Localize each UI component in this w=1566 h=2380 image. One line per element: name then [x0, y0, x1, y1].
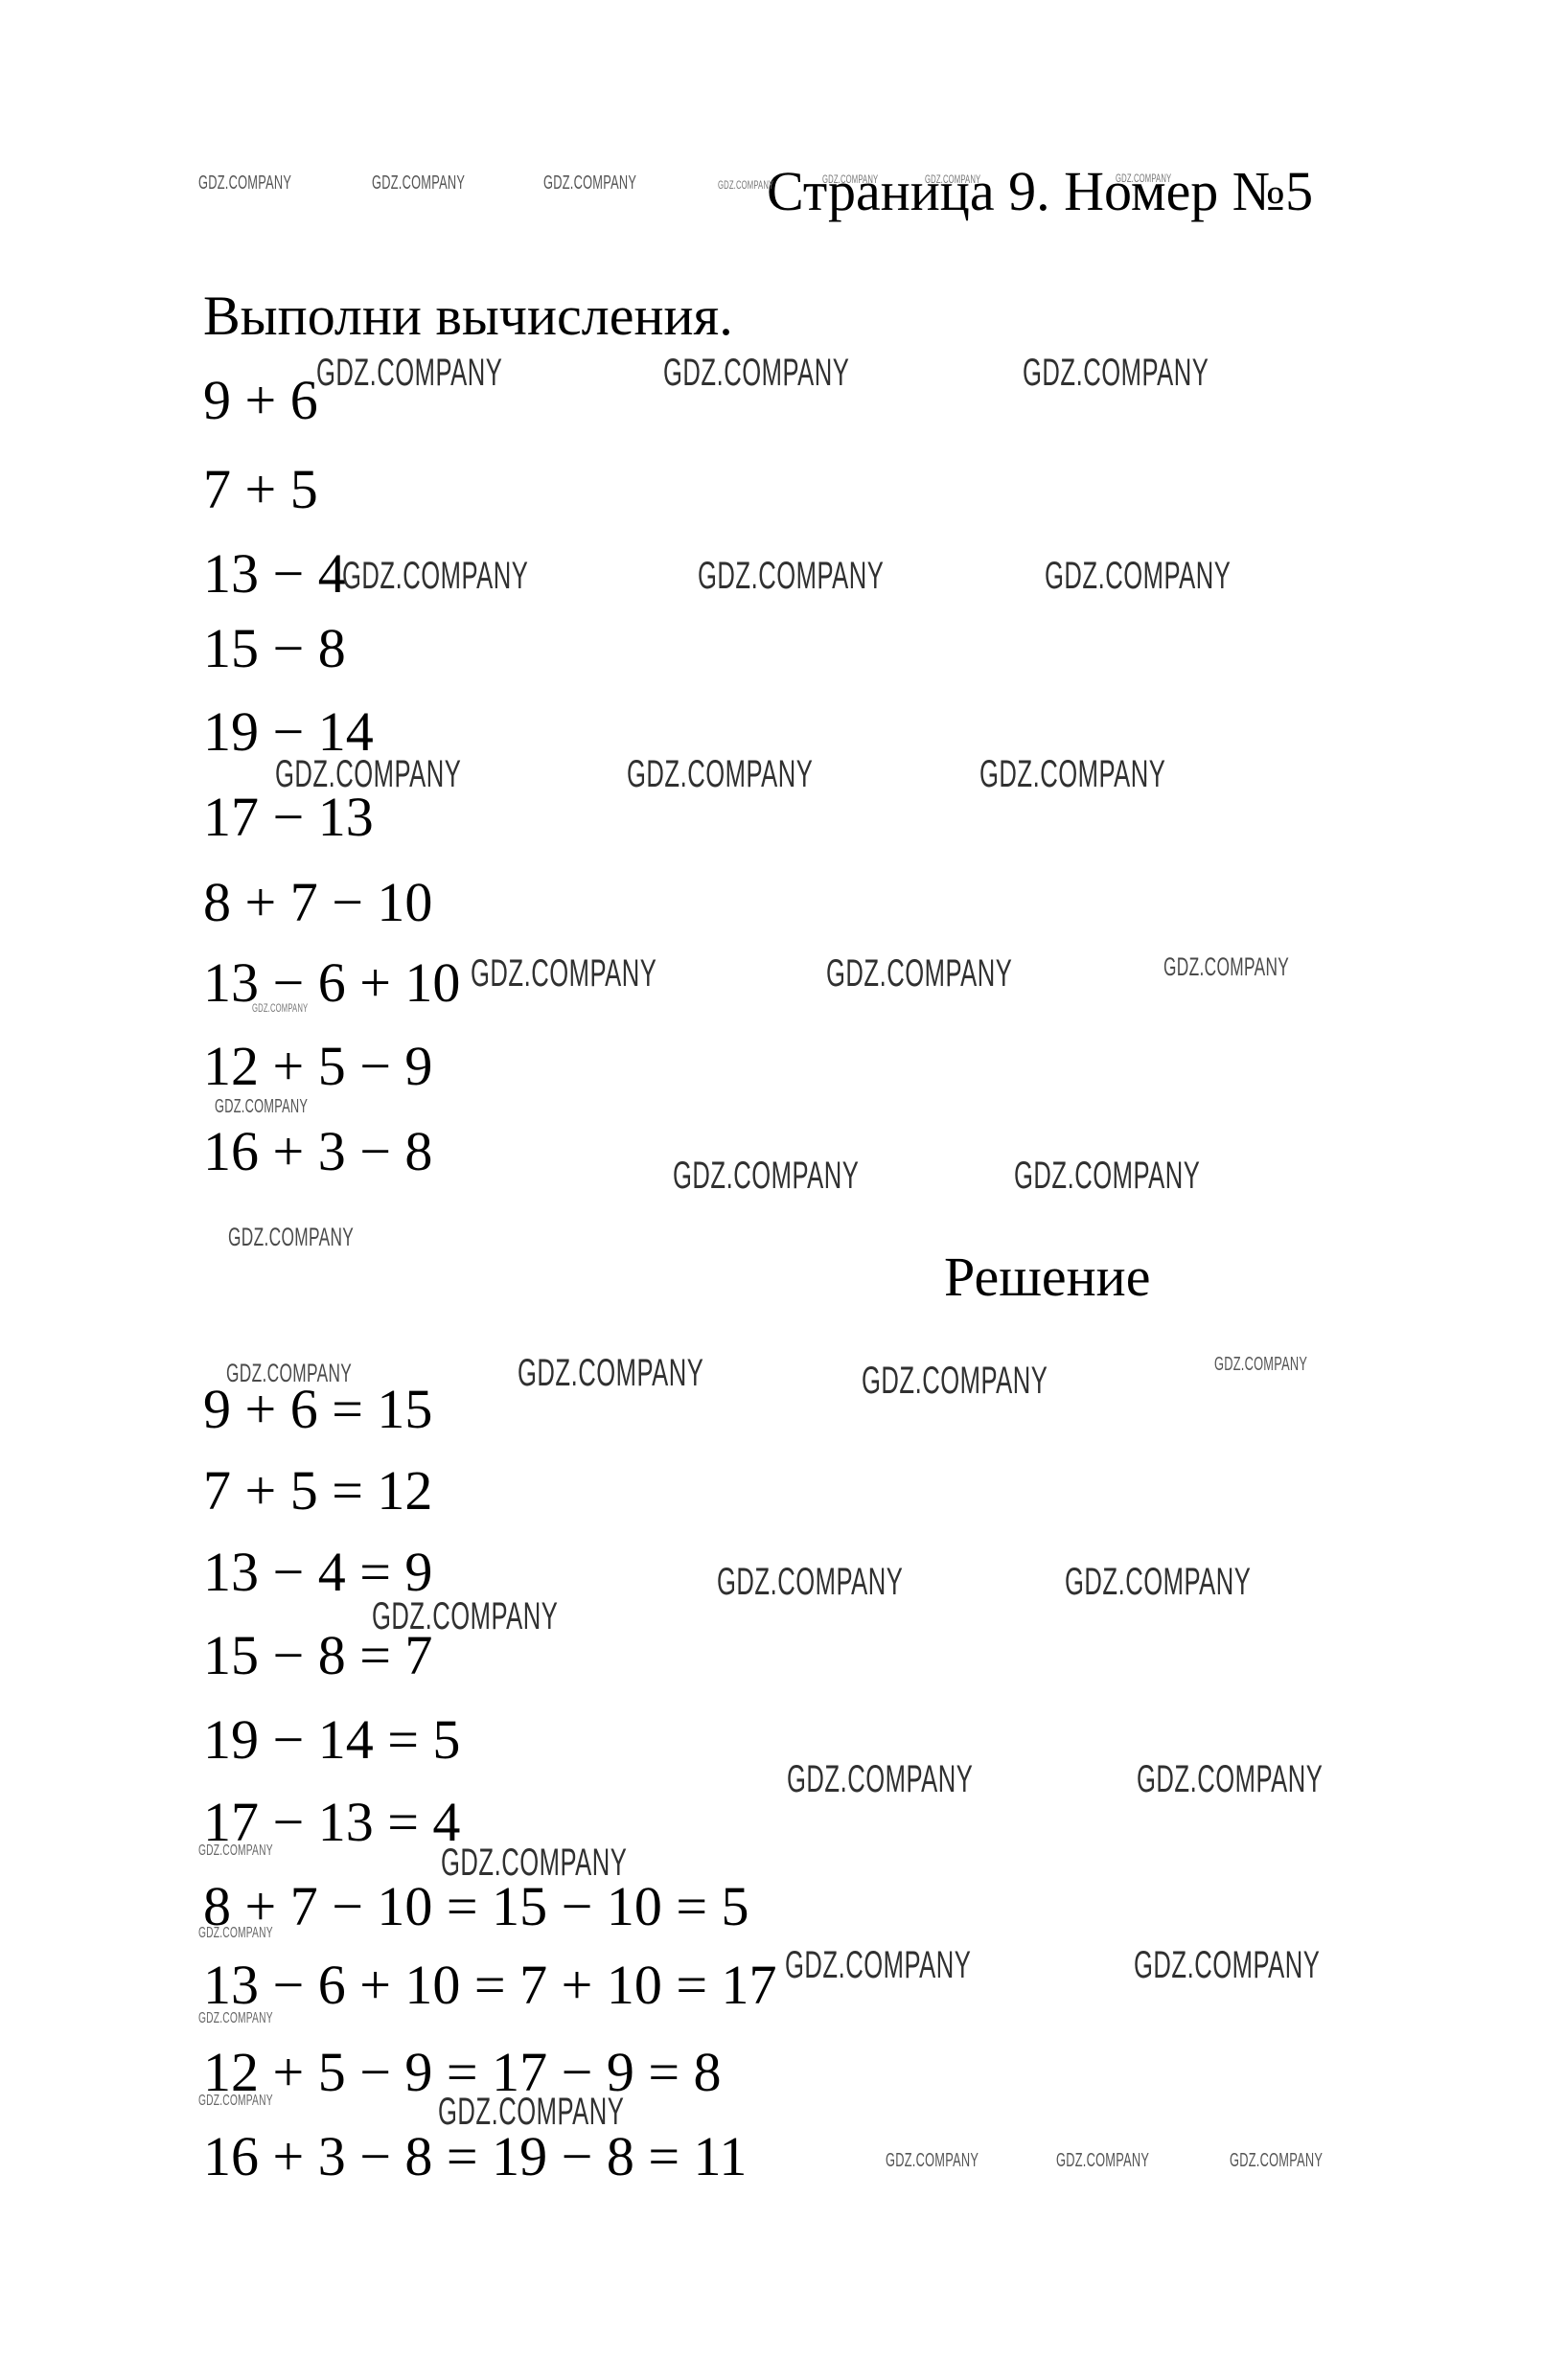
gdz-company-watermark: GDZ.COMPANY: [718, 179, 773, 191]
gdz-company-watermark: GDZ.COMPANY: [342, 557, 528, 595]
solution-expression: 13 − 6 + 10 = 7 + 10 = 17: [203, 1957, 777, 2013]
solution-expression: 16 + 3 − 8 = 19 − 8 = 11: [203, 2129, 747, 2185]
gdz-company-watermark: GDZ.COMPANY: [862, 1362, 1048, 1400]
task-expression: 8 + 7 − 10: [203, 875, 432, 930]
gdz-company-watermark: GDZ.COMPANY: [228, 1224, 354, 1250]
gdz-company-watermark: GDZ.COMPANY: [627, 755, 813, 793]
gdz-company-watermark: GDZ.COMPANY: [698, 557, 884, 595]
task-expression: 15 − 8: [203, 621, 346, 676]
gdz-company-watermark: GDZ.COMPANY: [316, 354, 502, 392]
gdz-company-watermark: GDZ.COMPANY: [717, 1563, 903, 1601]
task-expression: 17 − 13: [203, 790, 374, 845]
gdz-company-watermark: GDZ.COMPANY: [785, 1946, 971, 1984]
gdz-company-watermark: GDZ.COMPANY: [1134, 1946, 1320, 1984]
gdz-company-watermark: GDZ.COMPANY: [215, 1097, 308, 1116]
gdz-company-watermark: GDZ.COMPANY: [441, 1843, 627, 1882]
task-expression: 7 + 5: [203, 462, 318, 517]
solution-expression: 19 − 14 = 5: [203, 1712, 460, 1768]
gdz-company-watermark: GDZ.COMPANY: [822, 173, 878, 185]
gdz-company-watermark: GDZ.COMPANY: [826, 954, 1012, 993]
gdz-company-watermark: GDZ.COMPANY: [1163, 954, 1289, 980]
gdz-company-watermark: GDZ.COMPANY: [198, 1926, 273, 1941]
task-expression: 13 − 6 + 10: [203, 955, 460, 1011]
gdz-company-watermark: GDZ.COMPANY: [198, 173, 291, 193]
solution-expression: 8 + 7 − 10 = 15 − 10 = 5: [203, 1879, 749, 1934]
gdz-company-watermark: GDZ.COMPANY: [518, 1354, 703, 1392]
task-expression: 13 − 4: [203, 546, 346, 602]
gdz-company-watermark: GDZ.COMPANY: [438, 2093, 624, 2131]
gdz-company-watermark: GDZ.COMPANY: [372, 173, 465, 193]
task-expression: 16 + 3 − 8: [203, 1124, 432, 1179]
gdz-company-watermark: GDZ.COMPANY: [979, 755, 1165, 793]
solution-heading: Решение: [944, 1249, 1150, 1305]
gdz-company-watermark: GDZ.COMPANY: [673, 1156, 859, 1195]
gdz-company-watermark: GDZ.COMPANY: [372, 1597, 558, 1636]
gdz-company-watermark: GDZ.COMPANY: [1230, 2151, 1323, 2170]
gdz-company-watermark: GDZ.COMPANY: [1137, 1760, 1323, 1798]
gdz-company-watermark: GDZ.COMPANY: [1214, 1355, 1307, 1374]
gdz-company-watermark: GDZ.COMPANY: [226, 1361, 352, 1386]
gdz-company-watermark: GDZ.COMPANY: [471, 954, 656, 993]
gdz-company-watermark: GDZ.COMPANY: [198, 2011, 273, 2026]
gdz-company-watermark: GDZ.COMPANY: [252, 1002, 308, 1014]
solution-expression: 13 − 4 = 9: [203, 1545, 432, 1600]
worksheet-page: Страница 9. Номер №5 Выполни вычисления.…: [0, 0, 1566, 2380]
solution-expression: 7 + 5 = 12: [203, 1463, 432, 1519]
gdz-company-watermark: GDZ.COMPANY: [886, 2151, 979, 2170]
gdz-company-watermark: GDZ.COMPANY: [787, 1760, 973, 1798]
task-expression: 9 + 6: [203, 373, 318, 428]
gdz-company-watermark: GDZ.COMPANY: [1045, 557, 1231, 595]
gdz-company-watermark: GDZ.COMPANY: [1065, 1563, 1251, 1601]
gdz-company-watermark: GDZ.COMPANY: [275, 755, 461, 793]
gdz-company-watermark: GDZ.COMPANY: [1014, 1156, 1200, 1195]
task-expression: 12 + 5 − 9: [203, 1039, 432, 1094]
gdz-company-watermark: GDZ.COMPANY: [663, 354, 849, 392]
task-heading: Выполни вычисления.: [203, 288, 733, 344]
gdz-company-watermark: GDZ.COMPANY: [1023, 354, 1209, 392]
solution-expression: 9 + 6 = 15: [203, 1382, 432, 1437]
gdz-company-watermark: GDZ.COMPANY: [198, 2094, 273, 2109]
gdz-company-watermark: GDZ.COMPANY: [925, 173, 980, 185]
gdz-company-watermark: GDZ.COMPANY: [198, 1843, 273, 1859]
gdz-company-watermark: GDZ.COMPANY: [1116, 172, 1171, 184]
gdz-company-watermark: GDZ.COMPANY: [1056, 2151, 1149, 2170]
task-expression: 19 − 14: [203, 704, 374, 760]
gdz-company-watermark: GDZ.COMPANY: [543, 173, 636, 193]
